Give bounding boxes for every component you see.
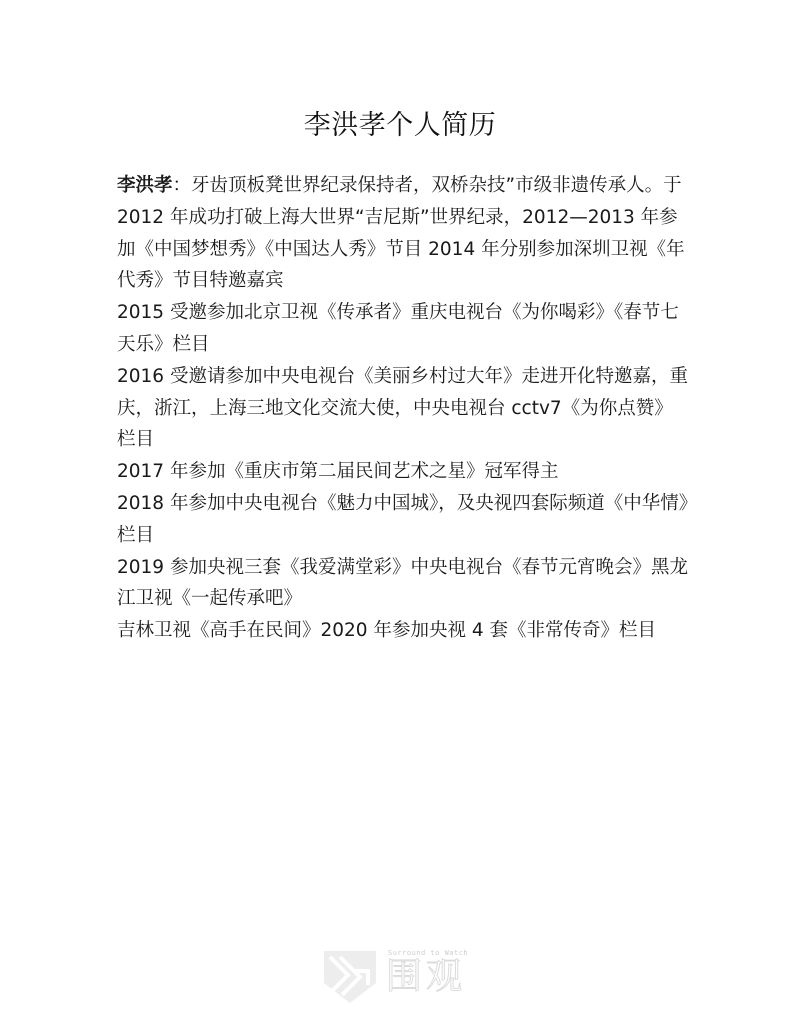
paragraph-2017: 2017 年参加《重庆市第二届民间艺术之星》冠军得主 <box>117 456 689 488</box>
surround-logo-icon <box>320 945 380 1005</box>
paragraph-2016: 2016 受邀请参加中央电视台《美丽乡村过大年》走进开化特邀嘉，重庆，浙江，上海… <box>117 361 689 456</box>
paragraph-2015: 2015 受邀参加北京卫视《传承者》重庆电视台《为你喝彩》《春节七天乐》栏目 <box>117 297 689 361</box>
paragraph-2019: 2019 参加央视三套《我爱满堂彩》中央电视台《春节元宵晚会》黑龙江卫视《一起传… <box>117 552 689 616</box>
paragraph-2018: 2018 年参加中央电视台《魅力中国城》，及央视四套际频道《中华情》栏目 <box>117 488 689 552</box>
intro-text: ：牙齿顶板凳世界纪录保持者，双桥杂技”市级非遗传承人。于 2012 年成功打破上… <box>117 175 685 291</box>
paragraph-2020: 吉林卫视《高手在民间》2020 年参加央视 4 套《非常传奇》栏目 <box>117 615 689 647</box>
person-name: 李洪孝 <box>117 175 173 196</box>
intro-paragraph: 李洪孝：牙齿顶板凳世界纪录保持者，双桥杂技”市级非遗传承人。于 2012 年成功… <box>117 170 689 297</box>
page-title: 李洪孝个人简历 <box>0 103 800 142</box>
resume-body: 李洪孝：牙齿顶板凳世界纪录保持者，双桥杂技”市级非遗传承人。于 2012 年成功… <box>117 170 689 647</box>
watermark: Surround to Watch 围观 <box>320 945 480 1005</box>
watermark-text: 围观 <box>386 957 466 997</box>
